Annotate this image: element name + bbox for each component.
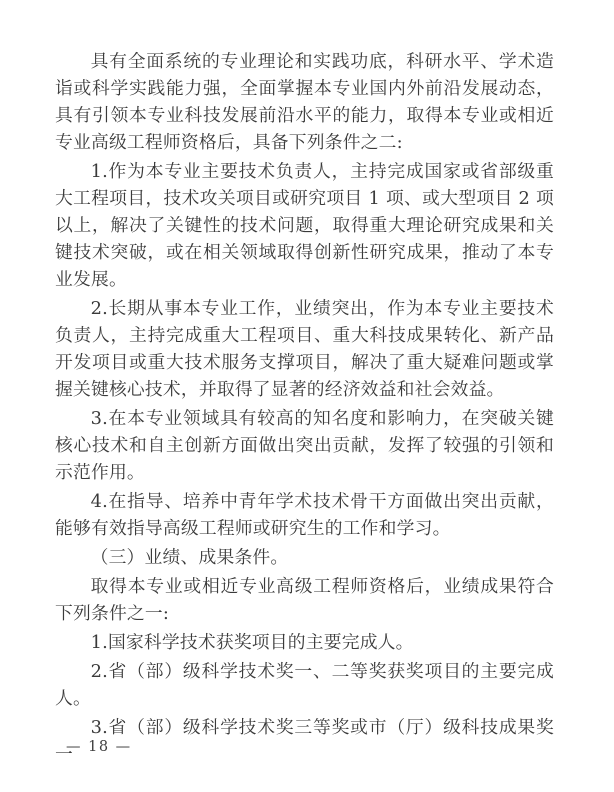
paragraph-intro: 具有全面系统的专业理论和实践功底，科研水平、学术造诣或科学实践能力强，全面掌握本…: [55, 48, 554, 156]
paragraph-condition-2: 2.长期从事本专业工作，业绩突出，作为本专业主要技术负责人，主持完成重大工程项目…: [55, 295, 554, 403]
page-number: — 18 —: [66, 739, 132, 755]
paragraph-achievement-1: 1.国家科学技术获奖项目的主要完成人。: [55, 629, 554, 656]
paragraph-achievement-intro: 取得本专业或相近专业高级工程师资格后，业绩成果符合下列条件之一:: [55, 573, 554, 627]
paragraph-condition-3: 3.在本专业领域具有较高的知名度和影响力，在突破关键核心技术和自主创新方面做出突…: [55, 405, 554, 486]
paragraph-section-heading: （三）业绩、成果条件。: [55, 544, 554, 571]
document-body: 具有全面系统的专业理论和实践功底，科研水平、学术造诣或科学实践能力强，全面掌握本…: [55, 48, 554, 770]
document-page: 具有全面系统的专业理论和实践功底，科研水平、学术造诣或科学实践能力强，全面掌握本…: [0, 0, 614, 792]
paragraph-achievement-2: 2.省（部）级科学技术奖一、二等奖获奖项目的主要完成人。: [55, 658, 554, 712]
paragraph-condition-1: 1.作为本专业主要技术负责人，主持完成国家或省部级重大工程项目，技术攻关项目或研…: [55, 158, 554, 293]
paragraph-condition-4: 4.在指导、培养中青年学术技术骨干方面做出突出贡献，能够有效指导高级工程师或研究…: [55, 488, 554, 542]
